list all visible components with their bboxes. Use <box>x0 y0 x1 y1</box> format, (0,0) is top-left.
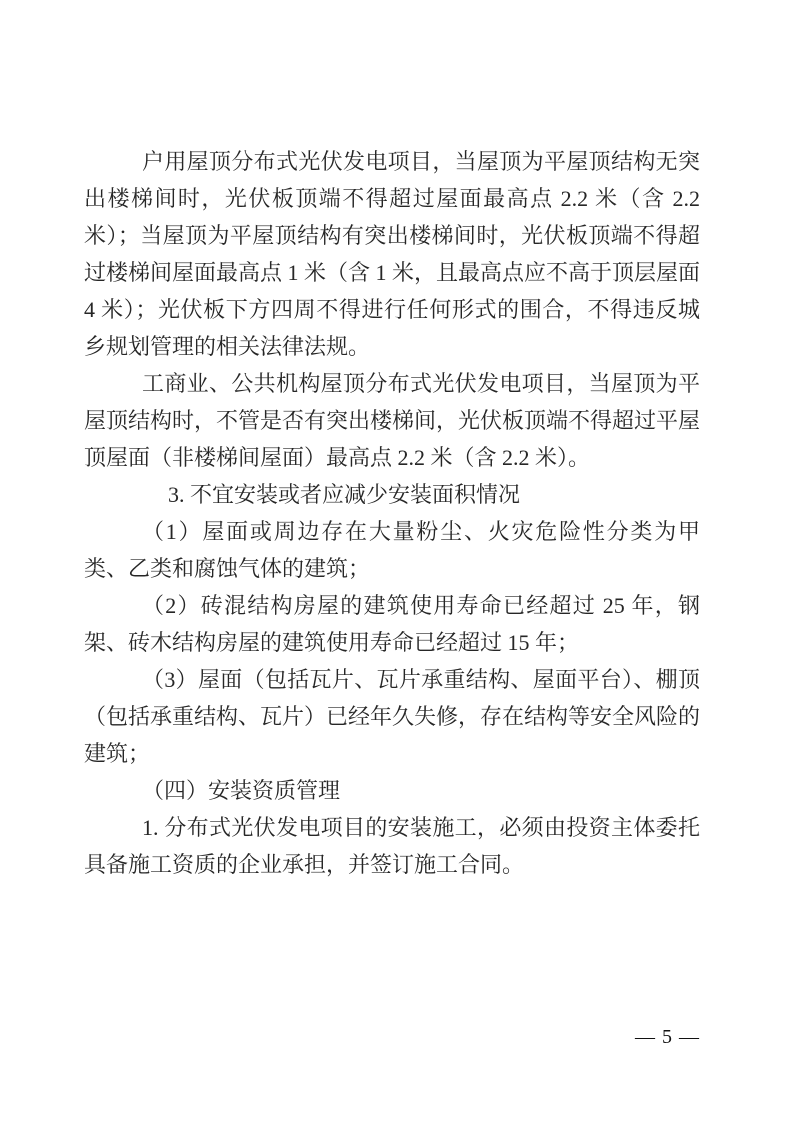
heading-unsuitable-installation: 3. 不宜安装或者应减少安装面积情况 <box>84 476 700 513</box>
page-number: — 5 — <box>84 1026 700 1049</box>
para-construction-contract-requirement: 1. 分布式光伏发电项目的安装施工，必须由投资主体委托具备施工资质的企业承担，并… <box>84 809 700 883</box>
document-body: 户用屋顶分布式光伏发电项目，当屋顶为平屋顶结构无突出楼梯间时，光伏板顶端不得超过… <box>84 143 700 883</box>
para-commercial-public-rooftop-rules: 工商业、公共机构屋顶分布式光伏发电项目，当屋顶为平屋顶结构时，不管是否有突出楼梯… <box>84 365 700 476</box>
item-2-building-service-life-limits: （2）砖混结构房屋的建筑使用寿命已经超过 25 年，钢架、砖木结构房屋的建筑使用… <box>84 587 700 661</box>
item-1-dust-fire-hazard-buildings: （1）屋面或周边存在大量粉尘、火灾危险性分类为甲类、乙类和腐蚀气体的建筑； <box>84 513 700 587</box>
document-page: 户用屋顶分布式光伏发电项目，当屋顶为平屋顶结构无突出楼梯间时，光伏板顶端不得超过… <box>0 0 793 1122</box>
para-household-rooftop-rules: 户用屋顶分布式光伏发电项目，当屋顶为平屋顶结构无突出楼梯间时，光伏板顶端不得超过… <box>84 143 700 365</box>
heading-installation-qualification-management: （四）安装资质管理 <box>84 772 700 809</box>
item-3-disrepair-structural-risk-buildings: （3）屋面（包括瓦片、瓦片承重结构、屋面平台）、棚顶（包括承重结构、瓦片）已经年… <box>84 661 700 772</box>
